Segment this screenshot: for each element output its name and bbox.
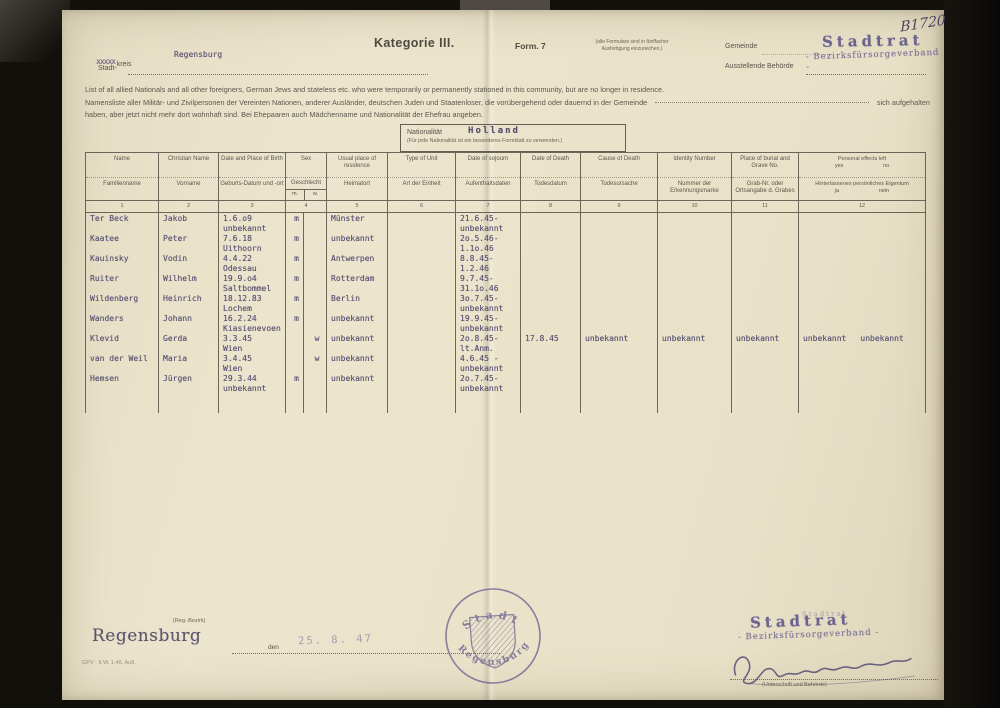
- burial-cell: [732, 253, 799, 273]
- birth-cell: 7.6.18 Uithoorn: [219, 233, 286, 253]
- identity-cell: [658, 273, 732, 293]
- burial-cell: [732, 313, 799, 333]
- table-row: WandersJohann16.2.24 Kiasienevoenmunbeka…: [86, 313, 926, 333]
- birth-cell: 18.12.83 Lochem: [219, 293, 286, 313]
- burial-cell: [732, 273, 799, 293]
- identity-cell: [658, 313, 732, 333]
- name-cell: Wanders: [86, 313, 159, 333]
- intro-line-de1: Namensliste aller Militär- und Zivilpers…: [85, 97, 930, 110]
- col-number: 11: [732, 201, 799, 213]
- intro-de1-tail: sich aufgehalten: [877, 97, 930, 110]
- form-number: Form. 7: [515, 41, 546, 51]
- sex-female-subheader: w.: [304, 190, 326, 200]
- filler-cell: [388, 393, 456, 413]
- col-header-birth: Date and Place of BirthGeburts-Datum und…: [219, 153, 286, 201]
- vorname-cell: Peter: [159, 233, 219, 253]
- vorname-cell: Johann: [159, 313, 219, 333]
- sex-w-cell: w: [304, 333, 327, 353]
- effects-cell: [799, 293, 926, 313]
- sojourn-cell: 2o.5.46- 1.1o.46: [456, 233, 521, 253]
- birth-cell: 1.6.o9 unbekannt: [219, 213, 286, 234]
- form-note-line2: Ausfertigung einzureichen.): [567, 46, 697, 53]
- filler-cell: [581, 393, 658, 413]
- sex-m-cell: m: [286, 213, 304, 234]
- sex-w-cell: [304, 313, 327, 333]
- header-number-row: 1 2 3 4 5 6 7 8 9 10 11 12: [86, 201, 926, 213]
- col-christian-en: Christian Name: [159, 153, 218, 178]
- name-cell: Ter Beck: [86, 213, 159, 234]
- table-row: van der WeilMaria3.4.45 Wienwunbekannt4.…: [86, 353, 926, 373]
- col-header-name: NameFamilienname: [86, 153, 159, 201]
- filler-cell: [799, 393, 926, 413]
- residence-cell: unbekannt: [327, 333, 388, 353]
- unit-cell: [388, 253, 456, 273]
- name-cell: Hemsen: [86, 373, 159, 393]
- death-date-cell: [521, 233, 581, 253]
- sex-m-cell: m: [286, 373, 304, 393]
- unit-cell: [388, 373, 456, 393]
- name-cell: Ruiter: [86, 273, 159, 293]
- burial-cell: unbekannt: [732, 333, 799, 353]
- residence-cell: Antwerpen: [327, 253, 388, 273]
- col-unit-en: Type of Unit: [388, 153, 455, 178]
- death-cause-cell: [581, 313, 658, 333]
- table-row: RuiterWilhelm19.9.o4 SaltbommelmRotterda…: [86, 273, 926, 293]
- col-header-unit: Type of UnitArt der Einheit: [388, 153, 456, 201]
- death-date-cell: [521, 293, 581, 313]
- sojourn-cell: 3o.7.45- unbekannt: [456, 293, 521, 313]
- col-death-de: Todesdatum: [521, 178, 580, 199]
- col-header-residence: Usual place of residenceHeimatort: [327, 153, 388, 201]
- sex-w-cell: [304, 273, 327, 293]
- name-cell: Kaatee: [86, 233, 159, 253]
- table-body: Ter BeckJakob1.6.o9 unbekanntmMünster21.…: [86, 213, 926, 394]
- residence-cell: unbekannt: [327, 373, 388, 393]
- sex-w-cell: [304, 233, 327, 253]
- col-residence-en: Usual place of residence: [327, 153, 387, 178]
- unit-cell: [388, 353, 456, 373]
- unit-cell: [388, 313, 456, 333]
- table-row: Ter BeckJakob1.6.o9 unbekanntmMünster21.…: [86, 213, 926, 234]
- kreis-dotted-line: [128, 73, 428, 75]
- effects-cell: [799, 313, 926, 333]
- effects-cell: [799, 213, 926, 234]
- residence-cell: unbekannt: [327, 353, 388, 373]
- death-cause-cell: [581, 233, 658, 253]
- table-row: KaateePeter7.6.18 Uithoornmunbekannt2o.5…: [86, 233, 926, 253]
- effects-cell: [799, 353, 926, 373]
- gemeinde-label: Gemeinde: [725, 43, 757, 50]
- identity-cell: [658, 253, 732, 273]
- col-burial-de: Grab-Nr. oder Ortsangabe d. Grabes: [732, 178, 798, 199]
- city-seal-stamp: Stadt Regensburg: [433, 576, 553, 696]
- table-filler-row: [86, 393, 926, 413]
- name-cell: van der Weil: [86, 353, 159, 373]
- death-cause-cell: [581, 293, 658, 313]
- identity-cell: [658, 373, 732, 393]
- death-cause-cell: [581, 273, 658, 293]
- col-number: 5: [327, 201, 388, 213]
- col-birth-en: Date and Place of Birth: [219, 153, 285, 178]
- filler-cell: [521, 393, 581, 413]
- print-code: GPV · II.W. 1.46. Aufl.: [82, 660, 136, 666]
- sex-m-cell: [286, 333, 304, 353]
- sex-w-cell: [304, 213, 327, 234]
- den-label: den: [268, 644, 279, 651]
- filler-cell: [456, 393, 521, 413]
- burial-cell: [732, 213, 799, 234]
- unit-cell: [388, 213, 456, 234]
- sex-m-cell: m: [286, 253, 304, 273]
- col-header-effects: Personal effects left yesno Hinterlassen…: [799, 153, 926, 201]
- filler-cell: [304, 393, 327, 413]
- form-note: (alle Formulare sind in fünffacher Ausfe…: [567, 39, 697, 52]
- burial-cell: [732, 353, 799, 373]
- name-cell: Wildenberg: [86, 293, 159, 313]
- bezirksfuersorge-stamp-top: - Bezirksfürsorgeverband -: [806, 48, 945, 73]
- col-number: 9: [581, 201, 658, 213]
- col-header-burial: Place of burial and Grave No.Grab-Nr. od…: [732, 153, 799, 201]
- col-header-christian-name: Christian NameVorname: [159, 153, 219, 201]
- col-cause-de: Todesursache: [581, 178, 657, 199]
- birth-cell: 4.4.22 Odessau: [219, 253, 286, 273]
- col-sojourn-de: Aufenthaltsdaten: [456, 178, 520, 199]
- roster-table: NameFamilienname Christian NameVorname D…: [85, 152, 926, 413]
- signature-dotted-line: [730, 678, 938, 680]
- col-number: 6: [388, 201, 456, 213]
- stadt-label: Stadt-kreis: [98, 65, 131, 72]
- paper-sheet: Regensburg Stadt-kreis xxxxx Kategorie I…: [62, 10, 944, 700]
- unit-cell: [388, 273, 456, 293]
- intro-line-de2: haben, aber jetzt nicht mehr dort wohnha…: [85, 109, 930, 122]
- vorname-cell: Wilhelm: [159, 273, 219, 293]
- header-label-row: NameFamilienname Christian NameVorname D…: [86, 153, 926, 201]
- effects-value: unbekannt: [803, 334, 846, 343]
- col-header-identity: Identity NumberNummer der Erkennungsmark…: [658, 153, 732, 201]
- death-cause-cell: [581, 353, 658, 373]
- col-birth-de: Geburts-Datum und -ort: [219, 178, 285, 199]
- table-row: KauinskyVodin4.4.22 OdessaumAntwerpen8.8…: [86, 253, 926, 273]
- col-number: 10: [658, 201, 732, 213]
- sex-m-cell: m: [286, 313, 304, 333]
- burial-cell: [732, 373, 799, 393]
- intro-de1-text: Namensliste aller Militär- und Zivilpers…: [85, 97, 647, 110]
- unit-cell: [388, 233, 456, 253]
- col-christian-de: Vorname: [159, 178, 218, 199]
- col-effects-de: Hinterlassenes persönliches Eigentum jan…: [799, 178, 925, 199]
- place-stamp: Regensburg: [92, 626, 201, 646]
- col-number: 4: [286, 201, 327, 213]
- table-filler: [86, 393, 926, 413]
- behoerde-label: Ausstellende Behörde: [725, 63, 794, 70]
- identity-cell: [658, 213, 732, 234]
- table-row: KlevidGerda3.3.45 Wienwunbekannt2o.8.45-…: [86, 333, 926, 353]
- nationality-row: Nationalität Holland: [407, 127, 625, 137]
- col-effects-en-options: yesno: [799, 163, 925, 170]
- stadt-strikeout: xxxxx: [96, 57, 115, 66]
- sex-w-cell: [304, 253, 327, 273]
- death-cause-cell: [581, 253, 658, 273]
- col-effects-de-options: janein: [799, 188, 925, 195]
- birth-cell: 16.2.24 Kiasienevoen: [219, 313, 286, 333]
- effects-cell: [799, 273, 926, 293]
- nationality-value: Holland: [468, 126, 520, 136]
- sex-w-cell: [304, 293, 327, 313]
- col-name-de: Familienname: [86, 178, 158, 199]
- col-unit-de: Art der Einheit: [388, 178, 455, 199]
- behoerde-dotted-line: [806, 73, 926, 75]
- region-note: (Reg.-Bezirk): [173, 618, 205, 624]
- sex-m-cell: m: [286, 273, 304, 293]
- filler-cell: [732, 393, 799, 413]
- residence-cell: unbekannt: [327, 233, 388, 253]
- nationality-note: (Für jede Nationalität ist ein besondere…: [407, 138, 625, 144]
- col-number: 1: [86, 201, 159, 213]
- col-effects-en: Personal effects left yesno: [799, 153, 925, 178]
- col-header-sex: Sex Geschlecht m. w.: [286, 153, 327, 201]
- effects-nein-label: nein: [879, 188, 889, 195]
- death-date-cell: 17.8.45: [521, 333, 581, 353]
- death-date-cell: [521, 273, 581, 293]
- identity-cell: unbekannt: [658, 333, 732, 353]
- identity-cell: [658, 293, 732, 313]
- nationality-box: Nationalität Holland (Für jede Nationali…: [400, 124, 626, 152]
- vorname-cell: Heinrich: [159, 293, 219, 313]
- vorname-cell: Jürgen: [159, 373, 219, 393]
- sojourn-cell: 8.8.45- 1.2.46: [456, 253, 521, 273]
- col-header-sojourn: Date of sojournAufenthaltsdaten: [456, 153, 521, 201]
- sojourn-cell: 21.6.45- unbekannt: [456, 213, 521, 234]
- filler-cell: [219, 393, 286, 413]
- identity-cell: [658, 353, 732, 373]
- birth-cell: 3.4.45 Wien: [219, 353, 286, 373]
- sex-male-subheader: m.: [286, 190, 304, 200]
- filler-cell: [159, 393, 219, 413]
- col-identity-en: Identity Number: [658, 153, 731, 178]
- vorname-cell: Jakob: [159, 213, 219, 234]
- death-date-cell: [521, 313, 581, 333]
- sex-m-cell: m: [286, 293, 304, 313]
- col-number: 8: [521, 201, 581, 213]
- death-date-cell: [521, 373, 581, 393]
- residence-cell: Berlin: [327, 293, 388, 313]
- death-cause-cell: [581, 213, 658, 234]
- sex-m-cell: m: [286, 233, 304, 253]
- table-row: HemsenJürgen29.3.44 unbekanntmunbekannt2…: [86, 373, 926, 393]
- sojourn-cell: 2o.7.45- unbekannt: [456, 373, 521, 393]
- col-number: 7: [456, 201, 521, 213]
- burial-cell: [732, 233, 799, 253]
- gemeinde-fill-dotted-line: [655, 102, 869, 103]
- unit-cell: [388, 293, 456, 313]
- filler-cell: [86, 393, 159, 413]
- burial-cell: [732, 293, 799, 313]
- unit-cell: [388, 333, 456, 353]
- col-cause-en: Cause of Death: [581, 153, 657, 178]
- col-effects-de-label: Hinterlassenes persönliches Eigentum: [799, 181, 925, 188]
- effects-cell: [799, 253, 926, 273]
- scanned-document-page: Regensburg Stadt-kreis xxxxx Kategorie I…: [0, 0, 1000, 708]
- birth-cell: 3.3.45 Wien: [219, 333, 286, 353]
- death-date-cell: [521, 353, 581, 373]
- kreis-value: Regensburg: [174, 50, 222, 59]
- death-cause-cell: unbekannt: [581, 333, 658, 353]
- col-number: 12: [799, 201, 926, 213]
- table-header: NameFamilienname Christian NameVorname D…: [86, 153, 926, 213]
- kategorie-title: Kategorie III.: [374, 36, 455, 50]
- col-identity-de: Nummer der Erkennungsmarke: [658, 178, 731, 199]
- death-date-cell: [521, 213, 581, 234]
- vorname-cell: Vodin: [159, 253, 219, 273]
- col-effects-en-label: Personal effects left: [799, 156, 925, 163]
- residence-cell: Münster: [327, 213, 388, 234]
- sex-w-cell: w: [304, 353, 327, 373]
- table-row: WildenbergHeinrich18.12.83 LochemmBerlin…: [86, 293, 926, 313]
- name-cell: Klevid: [86, 333, 159, 353]
- sex-subheader: m. w.: [286, 189, 326, 200]
- col-sex-de: Geschlecht: [286, 178, 326, 189]
- name-cell: Kauinsky: [86, 253, 159, 273]
- nationality-label: Nationalität: [407, 129, 442, 136]
- col-sojourn-en: Date of sojourn: [456, 153, 520, 178]
- effects-value: unbekannt: [860, 334, 903, 343]
- signature: [727, 638, 927, 688]
- kreis-label-text: kreis: [117, 61, 132, 68]
- filler-cell: [286, 393, 304, 413]
- sex-w-cell: [304, 373, 327, 393]
- col-header-death-date: Date of DeathTodesdatum: [521, 153, 581, 201]
- sojourn-cell: 19.9.45- unbekannt: [456, 313, 521, 333]
- col-burial-en: Place of burial and Grave No.: [732, 153, 798, 178]
- effects-cell: [799, 373, 926, 393]
- identity-cell: [658, 233, 732, 253]
- filler-cell: [327, 393, 388, 413]
- sojourn-cell: 2o.8.45- lt.Anm.: [456, 333, 521, 353]
- birth-cell: 29.3.44 unbekannt: [219, 373, 286, 393]
- filler-cell: [658, 393, 732, 413]
- vorname-cell: Gerda: [159, 333, 219, 353]
- stadt-label-text: Stadt-: [98, 65, 117, 72]
- sex-m-cell: [286, 353, 304, 373]
- col-sex-en: Sex: [286, 153, 326, 178]
- sojourn-cell: 4.6.45 - unbekannt: [456, 353, 521, 373]
- col-header-death-cause: Cause of DeathTodesursache: [581, 153, 658, 201]
- death-date-cell: [521, 253, 581, 273]
- effects-cell: [799, 233, 926, 253]
- vorname-cell: Maria: [159, 353, 219, 373]
- col-residence-de: Heimatort: [327, 178, 387, 199]
- intro-paragraph: List of all allied Nationals and all oth…: [85, 84, 930, 122]
- intro-line-en: List of all allied Nationals and all oth…: [85, 84, 930, 97]
- effects-ja-label: ja: [835, 188, 839, 195]
- scan-right-edge: [944, 0, 1000, 708]
- residence-cell: Rotterdam: [327, 273, 388, 293]
- col-number: 2: [159, 201, 219, 213]
- effects-no-label: no: [883, 163, 889, 170]
- signature-note: (Unterschrift und Behörde): [762, 682, 827, 688]
- effects-yes-label: yes: [835, 163, 844, 170]
- sojourn-cell: 9.7.45- 31.1o.46: [456, 273, 521, 293]
- col-death-en: Date of Death: [521, 153, 580, 178]
- col-number: 3: [219, 201, 286, 213]
- residence-cell: unbekannt: [327, 313, 388, 333]
- scan-corner-patch: [0, 0, 70, 62]
- birth-cell: 19.9.o4 Saltbommel: [219, 273, 286, 293]
- death-cause-cell: [581, 373, 658, 393]
- effects-cell: unbekanntunbekannt: [799, 333, 926, 353]
- col-name-en: Name: [86, 153, 158, 178]
- date-stamp: 25. 8. 47: [298, 633, 373, 648]
